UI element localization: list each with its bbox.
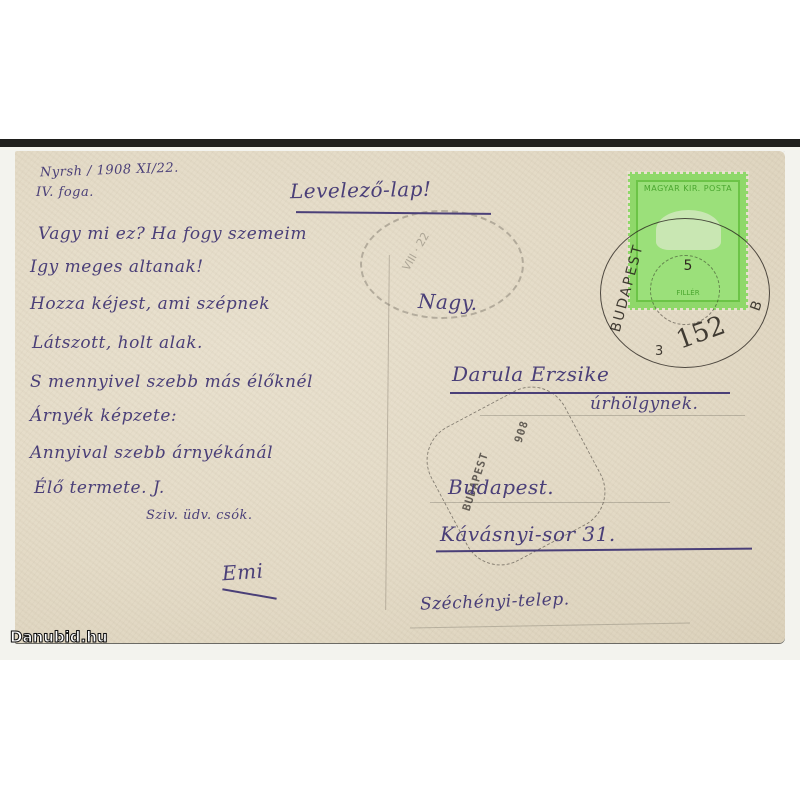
address-recipient: Darula Erzsike: [452, 362, 609, 386]
message-line-2: Igy meges altanak!: [30, 257, 204, 277]
message-line-5: S mennyivel szebb más élőknél: [30, 372, 313, 392]
watermark-logo: Danubid.hu: [10, 628, 108, 646]
date-subline: IV. foga.: [36, 185, 94, 200]
message-line-6: Árnyék képzete:: [30, 406, 177, 426]
message-line-1: Vagy mi ez? Ha fogy szemeim: [38, 224, 307, 244]
message-line-4: Látszott, holt alak.: [32, 333, 203, 353]
postmark-sub: 3: [655, 344, 663, 359]
address-salutation: Nagy.: [418, 289, 479, 315]
address-city: Budapest.: [448, 475, 554, 499]
signature: Emi: [221, 559, 264, 586]
message-line-8: Élő termete. J.: [34, 478, 165, 498]
closing-line: Sziv. üdv. csók.: [146, 508, 253, 523]
scan-border-strip: [0, 139, 800, 147]
message-line-7: Annyival szebb árnyékánál: [30, 443, 273, 463]
postcard-title: Levelező-lap!: [290, 177, 432, 203]
address-honorific: úrhölgynek.: [590, 394, 698, 414]
stamp-country: MAGYAR KIR. POSTA: [638, 184, 738, 193]
address-street: Kávásnyi-sor 31.: [440, 522, 616, 546]
message-line-3: Hozza kéjest, ami szépnek: [30, 294, 270, 314]
